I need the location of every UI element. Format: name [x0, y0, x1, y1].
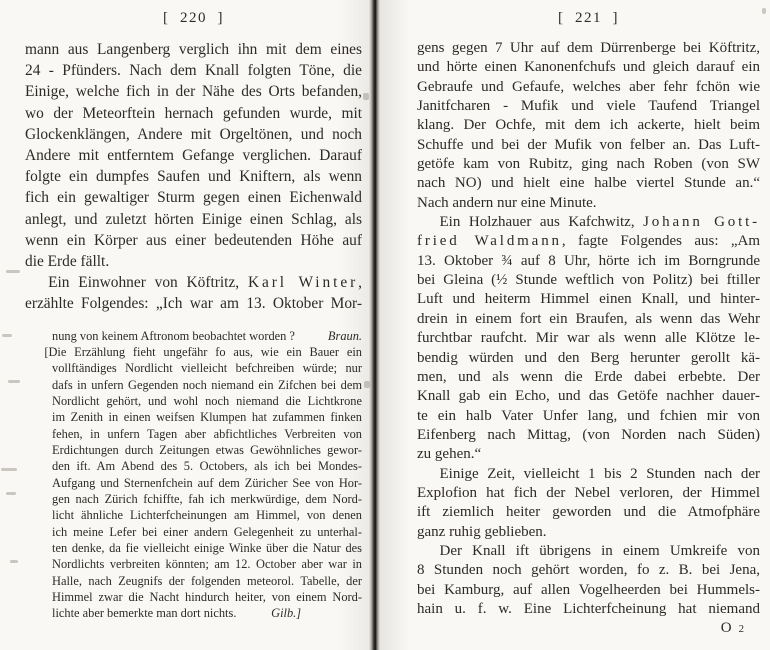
text-line: Eifenberg nach Mittag, (von Norden nach … [417, 426, 760, 445]
scan-artifact [364, 381, 370, 388]
text-line: gens gegen 7 Uhr auf dem Dürrenberge bei… [417, 39, 760, 58]
text-line: hain u. f. w. Eine Lichterfcheinung hat … [417, 600, 760, 619]
text-line: Einige, welche fich in der Nähe des Orts… [25, 81, 362, 102]
page-number-header-right: [ 221 ] [417, 8, 760, 28]
text-line: licht ähnliche Lichterfcheinungen am Him… [52, 507, 362, 523]
text-line: fehen, in unfern Tagen aber abfichtliche… [52, 426, 362, 442]
left-footnote: nung von keinem Aftronom beobachtet word… [52, 328, 362, 622]
text-segment: nung von keinem Aftronom beobachtet word… [52, 328, 295, 344]
text-line: furchtbar raufcht. Mir war als wenn alle… [417, 329, 760, 348]
scan-artifact [6, 492, 16, 495]
text-line: im Zenith in einen weifsen Klumpen hat z… [52, 409, 362, 425]
text-line: Luft und heiterm Himmel einen Knall, und… [417, 290, 760, 309]
left-page: [ 220 ] mann aus Langenberg verglich ihn… [25, 8, 362, 622]
scan-artifact [2, 334, 12, 337]
text-line: Janitfcharen - Mufik und viele Taufend T… [417, 97, 760, 116]
text-line: 8 Stunden noch gehört worden, fo z. B. b… [417, 561, 760, 580]
text-line: Aufgang und Sternenfchein auf dem Zürich… [52, 475, 362, 491]
text-line: bendig würden und den Berg herunter gero… [417, 349, 760, 368]
text-line: lichte aber bemerkte man dort nichts.Gil… [52, 605, 362, 621]
attribution-text: Gilb.] [271, 606, 301, 620]
scan-artifact [1, 468, 17, 471]
text-line: ten denke, da fie vielleicht einige Wink… [52, 540, 362, 556]
text-line: men, und als wenn die Erde dabei erbebte… [417, 368, 760, 387]
text-line: fich ein gewaltiger Sturm gegen einen Ei… [25, 187, 362, 208]
text-line: den ift. Am Abend des 5. Octobers, als i… [52, 458, 362, 474]
text-line: wenn ein Körper aus einer bedeutenden Hö… [25, 230, 362, 251]
text-segment: Ein Holzhauer aus Kafchwitz, [440, 214, 644, 230]
text-line: und hörte einen Kanonenfchufs und gleich… [417, 58, 760, 77]
text-line: gen nach Zürich fchiffte, fah ich merkwü… [52, 491, 362, 507]
text-segment: , [358, 274, 362, 291]
text-line: O2 [417, 619, 760, 639]
text-line: te ein halb Vater Unfer lang, und fchien… [417, 407, 760, 426]
right-page: [ 221 ] gens gegen 7 Uhr auf dem Dürrenb… [417, 8, 760, 640]
book-gutter [369, 0, 380, 650]
text-line: Nordlicht gehört, und wohl noch niemand … [52, 393, 362, 409]
letterspaced-name: Karl Winter [248, 274, 358, 291]
text-line: Knall gab ein Echo, und das Getöfe nachh… [417, 387, 760, 406]
scan-artifact [10, 560, 18, 563]
text-line: anlegt, und zuletzt hörten Einige einen … [25, 209, 362, 230]
text-line: folgte ein dumpfes Saufen und Kniftern, … [25, 166, 362, 187]
text-line: Der Knall ift übrigens in einem Umkreife… [417, 542, 760, 561]
text-line: Gebraufe und Gefaufe, welches aber fehr … [417, 78, 760, 97]
text-line: die Erde fällt. [25, 251, 362, 272]
letterspaced-name: Johann Gott- [643, 214, 760, 230]
letterspaced-name: fried Waldmann [417, 233, 562, 249]
scan-artifact [8, 380, 20, 383]
text-line: Nordlichts verbreiten könnten; am 12. Oc… [52, 556, 362, 572]
text-segment: , fagte Folgendes aus: „Am [562, 233, 760, 249]
text-line: [Die Erzählung fieht ungefähr fo aus, wi… [52, 344, 362, 360]
text-line: 13. Oktober ¾ auf 8 Uhr, hörte ich im Bo… [417, 252, 760, 271]
text-segment: O [721, 620, 732, 636]
text-line: Nach andern nur eine Minute. [417, 194, 760, 213]
scan-artifact [363, 93, 369, 100]
text-line: vollftändiges Nordlicht vielleicht befch… [52, 360, 362, 376]
text-line: zu gehen.“ [417, 445, 760, 464]
text-line: getöfe kam von Rubitz, ging nach Roben (… [417, 155, 760, 174]
text-line: dafs in unfern Gegenden noch niemand ein… [52, 377, 362, 393]
left-main-text: mann aus Langenberg verglich ihn mit dem… [25, 39, 362, 315]
text-line: bei Gleina (½ Stunde weftlich von Politz… [417, 271, 760, 290]
text-line: Ein Holzhauer aus Kafchwitz, Johann Gott… [417, 213, 760, 232]
text-line: Einige Zeit, vielleicht 1 bis 2 Stunden … [417, 465, 760, 484]
scan-artifact [6, 270, 20, 273]
attribution-text: Braun. [328, 328, 362, 344]
scan-artifact [762, 8, 766, 14]
text-segment: 2 [739, 623, 744, 635]
text-line: nach NO) und hielt eine halbe viertel St… [417, 174, 760, 193]
text-line: wo der Meteorftein hernach gefunden wurd… [25, 103, 362, 124]
text-line: ift ziemlich heiter geworden und die Atm… [417, 503, 760, 522]
text-line: ich meine Lefer bei einer andern Gelegen… [52, 524, 362, 540]
text-line: Schuffe und bei der Mufik von felber an.… [417, 136, 760, 155]
right-main-text: gens gegen 7 Uhr auf dem Dürrenberge bei… [417, 39, 760, 640]
text-line: Halle, nach Zeugnifs der folgenden meteo… [52, 573, 362, 589]
text-line: Himmel zwar die Nacht hindurch heiter, v… [52, 589, 362, 605]
text-line: Ein Einwohner von Köftritz, Karl Winter, [25, 272, 362, 293]
text-line: nung von keinem Aftronom beobachtet word… [52, 328, 362, 344]
text-line: Erdichtungen durch Zeitungen etwas Gewöh… [52, 442, 362, 458]
text-segment: Ein Einwohner von Köftritz, [48, 274, 248, 291]
text-line: drein in einem fort ein Braufen, als wen… [417, 310, 760, 329]
text-line: ganz ruhig geblieben. [417, 523, 760, 542]
text-line: erzählte Folgendes: „Ich war am 13. Okto… [25, 293, 362, 314]
text-line: klang. Der Ochfe, mit dem ich ackerte, h… [417, 116, 760, 135]
text-line: Explofion hat fich der Nebel verloren, d… [417, 484, 760, 503]
book-scan: { "colors": { "paper": "#f9f8f4", "ink":… [0, 0, 770, 650]
page-number-header-left: [ 220 ] [25, 8, 362, 28]
text-line: Glockenklängen, Andere mit Orgeltönen, u… [25, 124, 362, 145]
text-line: bei Kamburg, auf allen Vogelheerden bei … [417, 581, 760, 600]
text-line: mann aus Langenberg verglich ihn mit dem… [25, 39, 362, 60]
text-line: fried Waldmann, fagte Folgendes aus: „Am [417, 232, 760, 251]
text-line: Andere mit entferntem Gefange verglichen… [25, 145, 362, 166]
text-line: 24 - Pfünders. Nach dem Knall folgten Tö… [25, 60, 362, 81]
text-segment: lichte aber bemerkte man dort nichts. [52, 606, 236, 620]
